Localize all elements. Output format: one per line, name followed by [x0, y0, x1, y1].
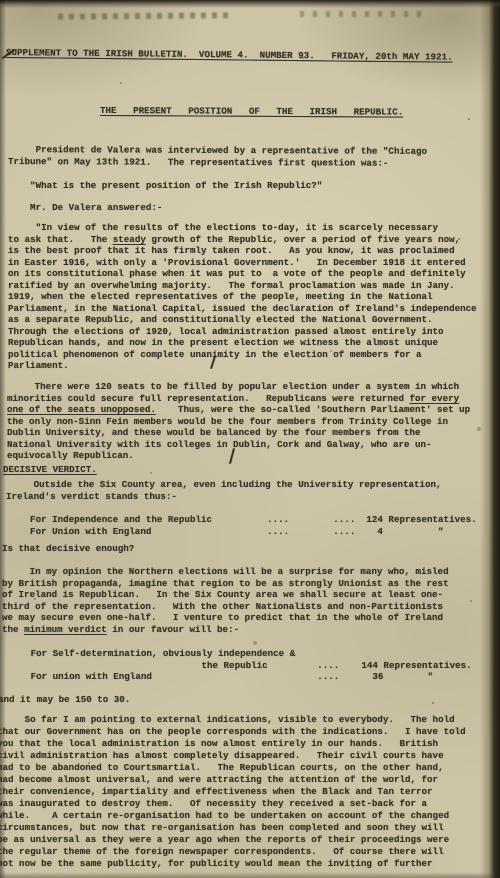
- paragraph-external-indications: So far I am pointing to external indicat…: [0, 714, 466, 870]
- interview-question: "What is the present position of the Iri…: [8, 180, 322, 192]
- paragraph-election-history: "In view of the results of the elections…: [8, 222, 477, 372]
- masthead: SUPPLEMENT TO THE IRISH BULLETIN. VOLUME…: [6, 47, 453, 63]
- paragraph-northern-elections: In my opinion the Northern elections wil…: [2, 566, 449, 635]
- scanned-document-page: SUPPLEMENT TO THE IRISH BULLETIN. VOLUME…: [0, 0, 500, 878]
- question-decisive: Is that decisive enough?: [2, 543, 134, 555]
- vote-tally-table: For Independence and the Republic .... .…: [8, 514, 477, 537]
- intro-paragraph: President de Valera was interviewed by a…: [8, 144, 427, 169]
- typewritten-text-layer: SUPPLEMENT TO THE IRISH BULLETIN. VOLUME…: [0, 0, 500, 878]
- line-prediction-extra: and it may be 150 to 30.: [0, 694, 130, 706]
- paragraph-seats: There were 120 seats to be filled by pop…: [7, 381, 470, 462]
- article-title: THE PRESENT POSITION OF THE IRISH REPUBL…: [100, 105, 403, 118]
- paragraph-outside-six-counties: Outside the Six County area, even includ…: [6, 479, 442, 502]
- section-heading-decisive-verdict: DECISIVE VERDICT.: [3, 464, 97, 476]
- prediction-table: For Self-determination, obviously indepe…: [3, 648, 472, 683]
- answer-lead-in: Mr. De Valera answered:-: [8, 202, 162, 214]
